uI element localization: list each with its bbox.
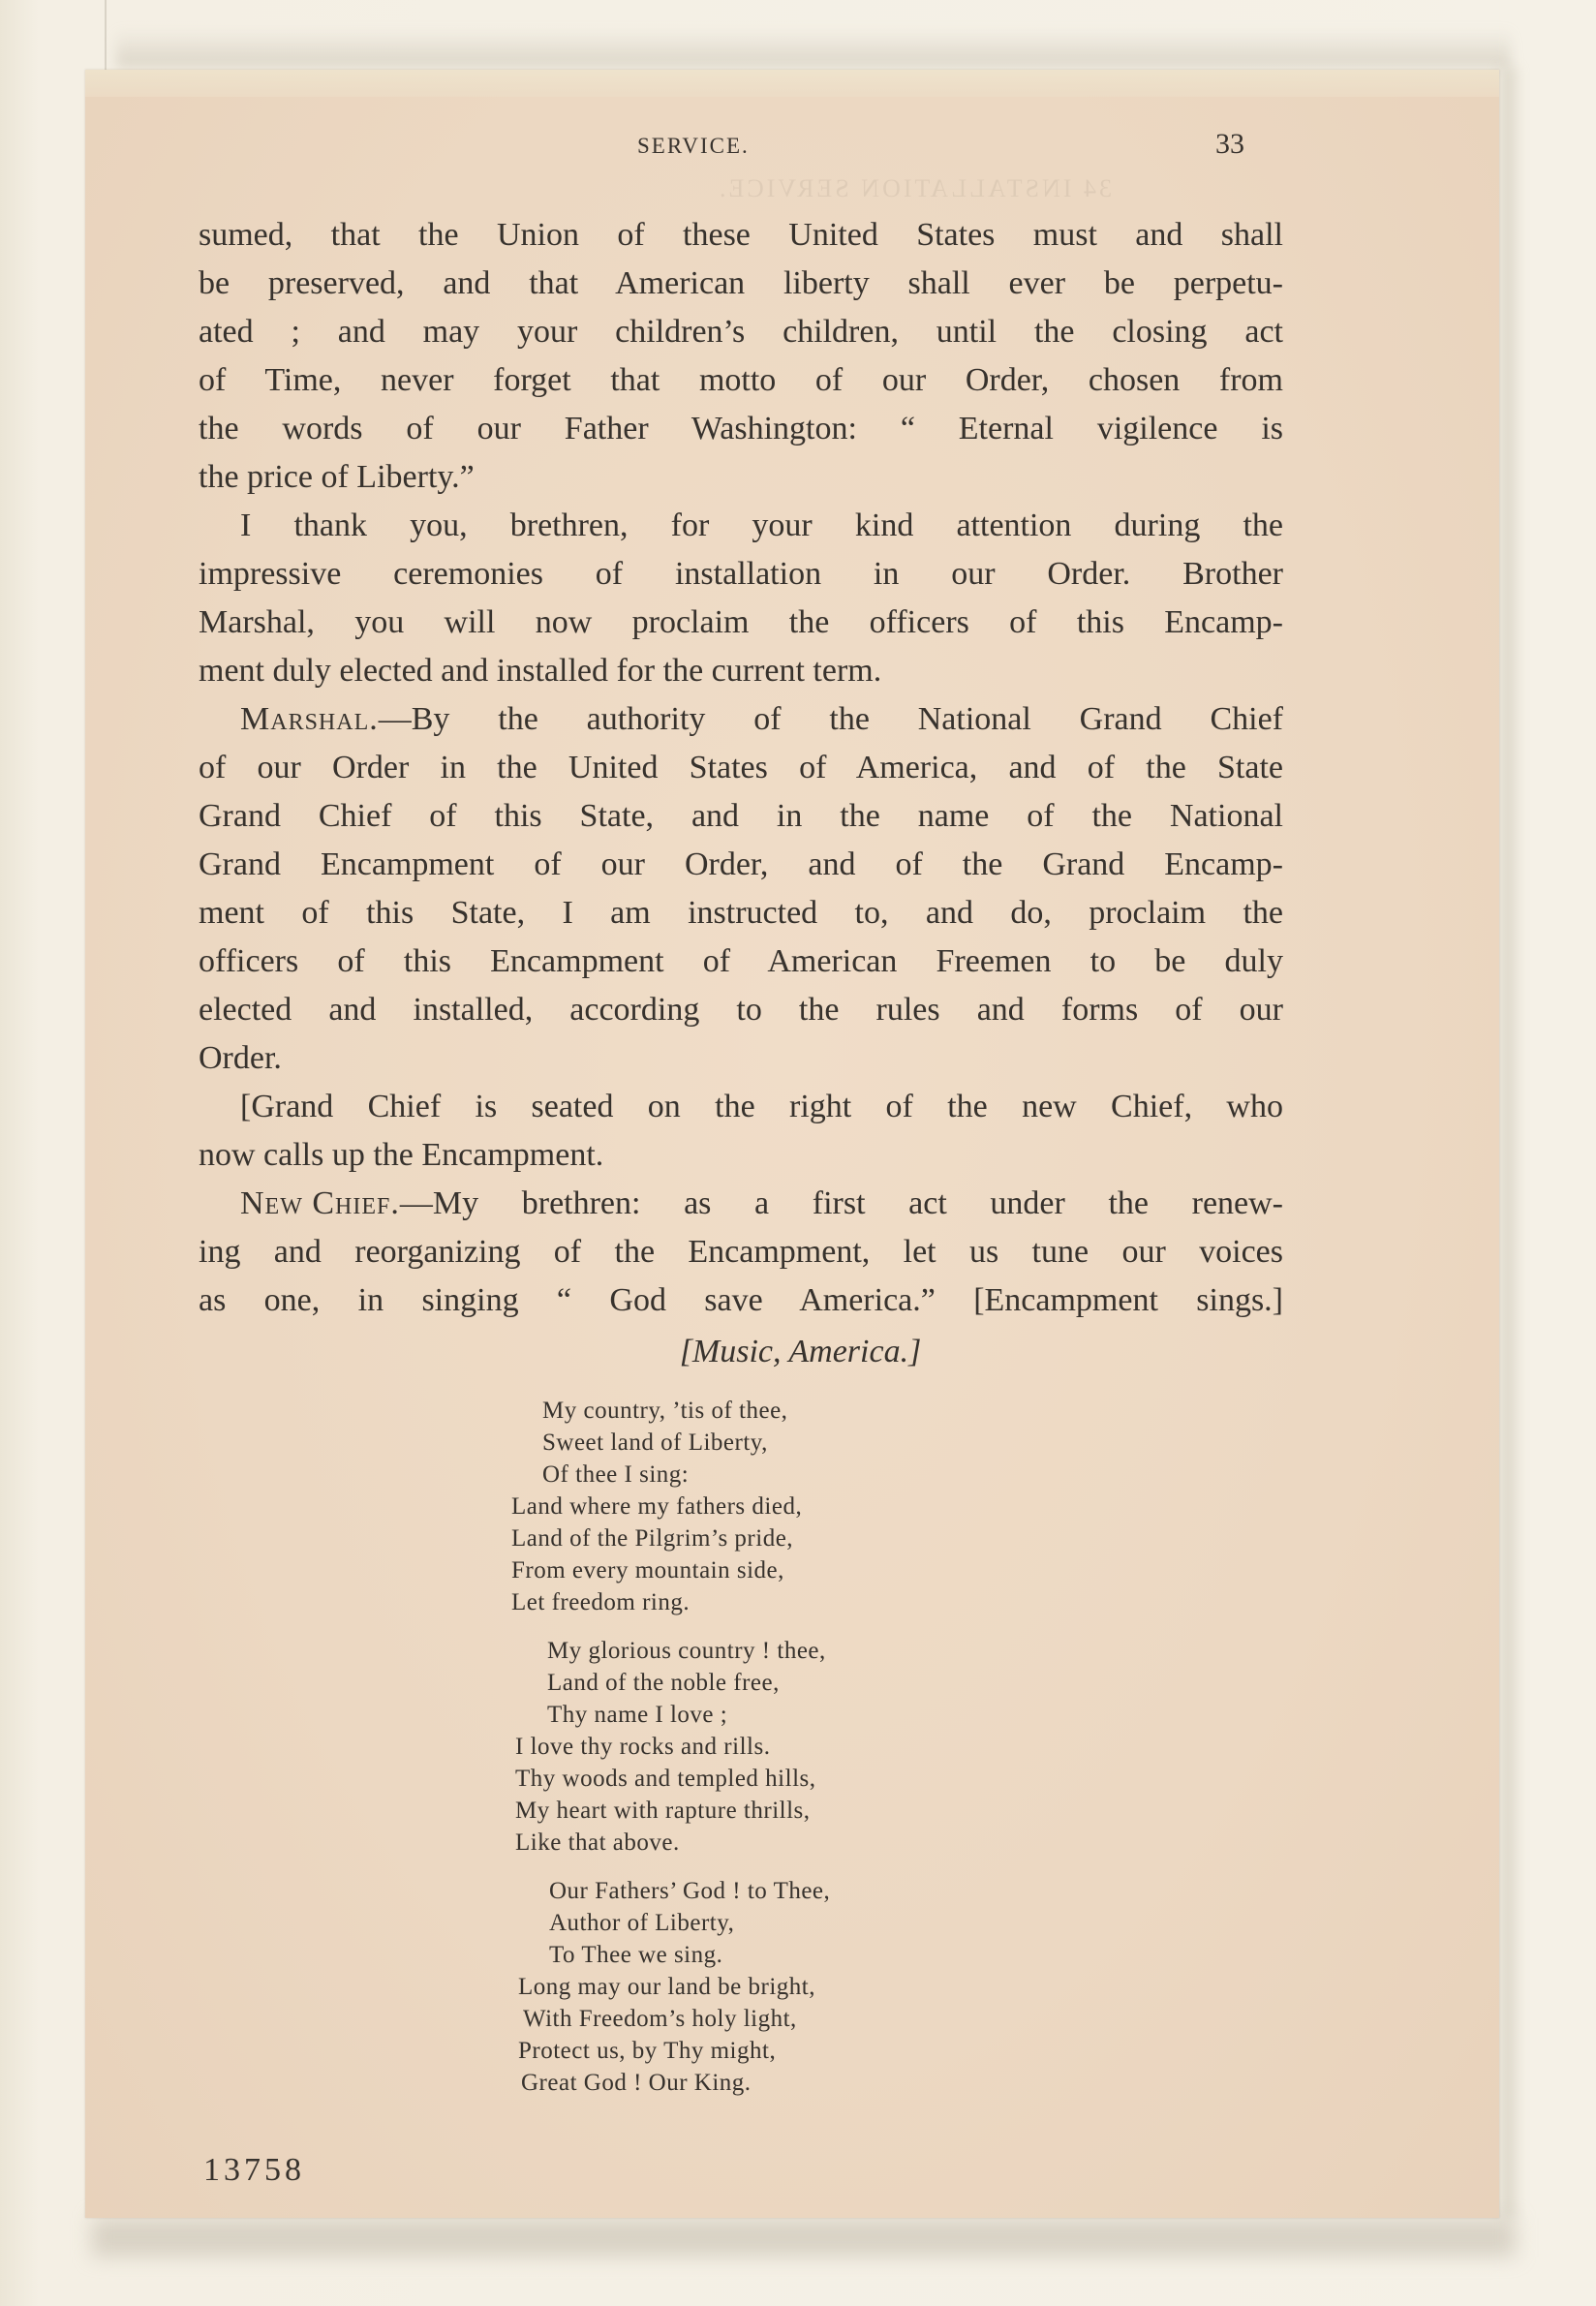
page-number: 33	[1215, 128, 1244, 161]
hymn-line: Let freedom ring.	[511, 1586, 690, 1618]
body-line: ment of this State, I am instructed to, …	[199, 889, 1283, 938]
hymn-line: Sweet land of Liberty,	[542, 1427, 768, 1459]
speaker-new-chief: New Chief.	[240, 1180, 400, 1228]
body-line: the price of Liberty.”	[199, 453, 1283, 502]
body-line: officers of this Encampment of American …	[199, 938, 1283, 986]
body-line: of our Order in the United States of Ame…	[199, 744, 1283, 792]
body-line: as one, in singing “ God save America.” …	[199, 1276, 1283, 1325]
body-line: —By the authority of the National Grand …	[379, 695, 1283, 744]
new-chief-speech-line: New Chief. —My brethren: as a first act …	[240, 1180, 1283, 1228]
hymn-line: My glorious country ! thee,	[547, 1635, 826, 1667]
body-line: ment duly elected and installed for the …	[199, 647, 1283, 695]
body-line: ing and reorganizing of the Encampment, …	[199, 1228, 1283, 1276]
body-line: sumed, that the Union of these United St…	[199, 211, 1283, 260]
body-line: Grand Chief of this State, and in the na…	[199, 792, 1283, 841]
running-head: SERVICE.	[637, 134, 750, 159]
hymn-line: Land of the Pilgrim’s pride,	[511, 1522, 793, 1554]
page-shadow-bottom	[92, 2218, 1516, 2257]
hymn-line: Land of the noble free,	[547, 1667, 780, 1699]
body-line: ated ; and may your children’s children,…	[199, 308, 1283, 356]
hymn-line: Of thee I sing:	[542, 1459, 689, 1491]
body-line: be preserved, and that American liberty …	[199, 260, 1283, 308]
hymn-line: Protect us, by Thy might,	[518, 2035, 776, 2067]
stage-direction-line: now calls up the Encampment.	[199, 1131, 1283, 1180]
body-line: —My brethren: as a first act under the r…	[400, 1180, 1283, 1228]
body-line: elected and installed, according to the …	[199, 986, 1283, 1034]
hymn-line: Thy name I love ;	[547, 1699, 727, 1731]
marshal-speech-line: Marshal. —By the authority of the Nation…	[240, 695, 1283, 744]
hymn-line: Land where my fathers died,	[511, 1491, 802, 1522]
hymn-line: Author of Liberty,	[549, 1907, 734, 1939]
hymn-line: My country, ’tis of thee,	[542, 1395, 787, 1427]
body-line: I thank you, brethren, for your kind att…	[240, 502, 1283, 550]
hymn-line: To Thee we sing.	[549, 1939, 722, 1971]
stage-direction-line: [Grand Chief is seated on the right of t…	[240, 1083, 1283, 1131]
speaker-marshal: Marshal.	[240, 695, 379, 744]
body-line: Grand Encampment of our Order, and of th…	[199, 841, 1283, 889]
hymn-line: Great God ! Our King.	[521, 2067, 752, 2099]
hymn-line: My heart with rapture thrills,	[515, 1795, 811, 1827]
page-top-strip	[85, 70, 1499, 97]
page-shadow-top	[116, 29, 1511, 68]
body-line: Marshal, you will now proclaim the offic…	[199, 599, 1283, 647]
hymn-line: Like that above.	[515, 1827, 680, 1859]
catalog-number: 13758	[203, 2152, 305, 2189]
body-line: the words of our Father Washington: “ Et…	[199, 405, 1283, 453]
hymn-line: Long may our land be bright,	[518, 1971, 815, 2003]
page-shadow-right	[1499, 68, 1517, 2218]
hymn-line: I love thy rocks and rills.	[515, 1731, 770, 1763]
body-line: Order.	[199, 1034, 1283, 1083]
hymn-line: Our Fathers’ God ! to Thee,	[549, 1875, 830, 1907]
hymn-title: [Music, America.]	[0, 1334, 1596, 1370]
body-line: impressive ceremonies of installation in…	[199, 550, 1283, 599]
body-line: of Time, never forget that motto of our …	[199, 356, 1283, 405]
bleed-through-text: 34 INSTALLATION SERVICE.	[717, 174, 1112, 203]
hymn-line: Thy woods and templed hills,	[515, 1763, 816, 1795]
hymn-line: From every mountain side,	[511, 1554, 784, 1586]
hymn-line: With Freedom’s holy light,	[523, 2003, 797, 2035]
